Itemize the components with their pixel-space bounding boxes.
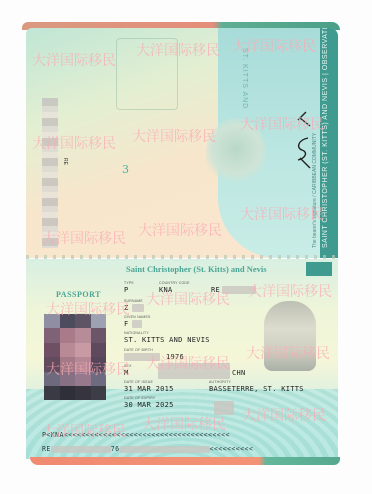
page-number: 3 bbox=[122, 163, 129, 176]
label-date-of-expiry: DATE OF EXPIRY bbox=[124, 396, 155, 400]
redacted-given-names bbox=[132, 320, 142, 328]
watermark: 大洋国际移民 bbox=[32, 133, 116, 153]
label-type: TYPE bbox=[124, 281, 134, 285]
vertical-fragment: RE bbox=[62, 158, 68, 165]
value-date-of-expiry: 30 MAR 2025 bbox=[124, 401, 174, 409]
label-date-of-birth: DATE OF BIRTH bbox=[124, 348, 153, 352]
watermark: 大洋国际移民 bbox=[46, 299, 130, 319]
watermark: 大洋国际移民 bbox=[146, 289, 230, 309]
redacted-vertical-number bbox=[42, 98, 58, 248]
country-header: Saint Christopher (St. Kitts) and Nevis bbox=[126, 264, 267, 274]
observations-label: SAINT CHRISTOPHER (ST. KITTS) AND NEVIS … bbox=[322, 38, 336, 248]
value-date-of-issue: 31 MAR 2015 bbox=[124, 385, 174, 393]
redacted-surname bbox=[132, 304, 144, 312]
passport-booklet: ST. KITTS AND RE 3 The bearer's signatur… bbox=[22, 22, 340, 465]
holder-photo bbox=[44, 314, 106, 400]
redacted-mrz bbox=[51, 446, 111, 453]
label-nationality: NATIONALITY bbox=[124, 331, 149, 335]
value-type: P bbox=[124, 286, 129, 294]
redacted-signature bbox=[214, 401, 234, 415]
observations-page: ST. KITTS AND RE 3 The bearer's signatur… bbox=[26, 28, 338, 258]
watermark: 大洋国际移民 bbox=[132, 126, 216, 146]
watermark: 大洋国际移民 bbox=[42, 421, 126, 441]
watermark: 大洋国际移民 bbox=[138, 220, 222, 240]
watermark: 大洋国际移民 bbox=[42, 228, 126, 248]
document-label: PASSPORT bbox=[56, 290, 101, 299]
watermark: 大洋国际移民 bbox=[240, 114, 324, 134]
watermark: 大洋国际移民 bbox=[246, 343, 330, 363]
label-authority: AUTHORITY bbox=[209, 380, 231, 384]
watermark: 大洋国际移民 bbox=[242, 405, 326, 425]
watermark: 大洋国际移民 bbox=[32, 50, 116, 70]
label-country-code: COUNTRY CODE bbox=[159, 281, 190, 285]
watermark: 大洋国际移民 bbox=[136, 40, 220, 60]
signature-caption: The bearer's signature / CARIBBEAN COMMU… bbox=[312, 88, 318, 248]
cover-bottom-edge bbox=[30, 457, 340, 465]
mrz-line-2-tail: <<<<<<<<<< bbox=[210, 445, 254, 453]
label-date-of-issue: DATE OF ISSUE bbox=[124, 380, 153, 384]
watermark: 大洋国际移民 bbox=[240, 204, 324, 224]
value-place-of-birth: CHN bbox=[232, 369, 246, 377]
watermark: 大洋国际移民 bbox=[46, 359, 130, 379]
value-given-names: F bbox=[124, 320, 129, 328]
watermark: 大洋国际移民 bbox=[146, 353, 230, 373]
watermark: 大洋国际移民 bbox=[248, 281, 332, 301]
watermark: 大洋国际移民 bbox=[232, 36, 316, 56]
arc-text: ST. KITTS AND bbox=[241, 48, 248, 109]
value-nationality: ST. KITTS AND NEVIS bbox=[124, 336, 210, 344]
watermark: 大洋国际移民 bbox=[142, 414, 226, 434]
data-page: Saint Christopher (St. Kitts) and Nevis … bbox=[26, 259, 338, 459]
redacted-mrz bbox=[120, 446, 210, 453]
mrz-line-2: RE76<<<<<<<<<< bbox=[42, 445, 253, 453]
mrz-line-2-prefix: RE bbox=[42, 445, 51, 453]
corner-tab bbox=[306, 262, 332, 276]
mrz-line-2-mid: 76 bbox=[111, 445, 120, 453]
value-authority: BASSETERRE, ST. KITTS bbox=[209, 385, 304, 393]
